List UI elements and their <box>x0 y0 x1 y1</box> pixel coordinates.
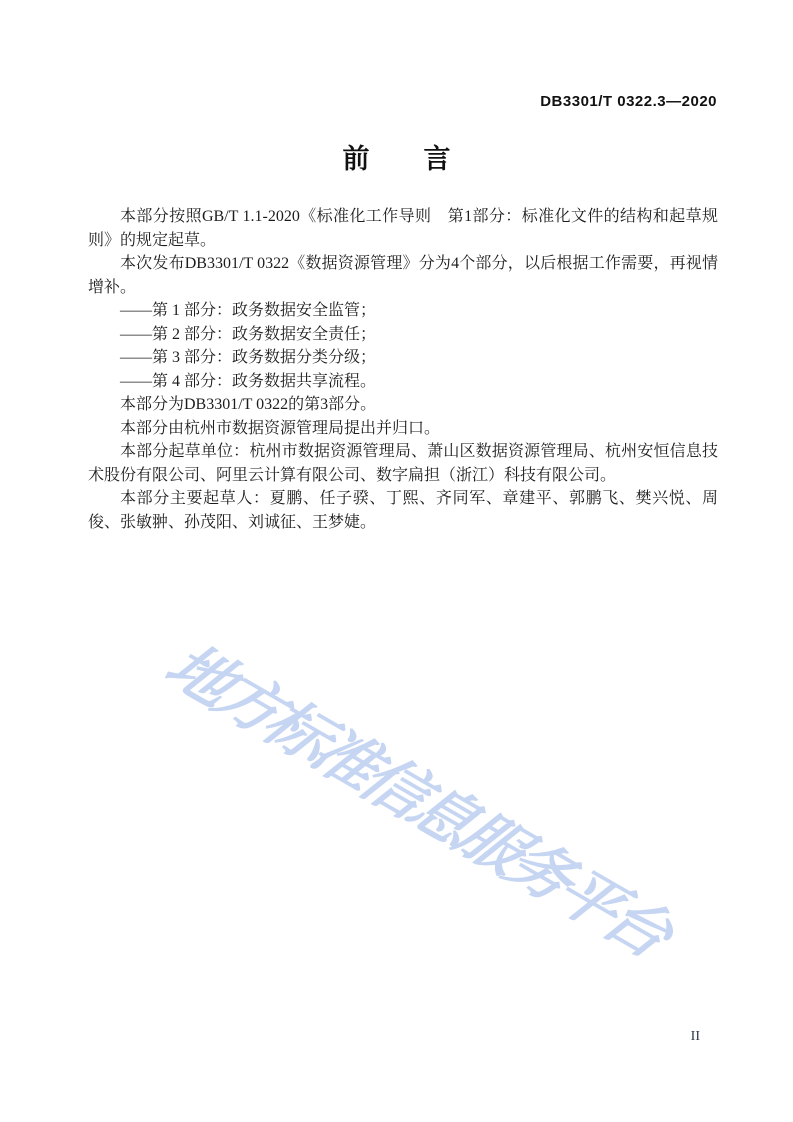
foreword-paragraph-main-drafters: 本部分主要起草人：夏鹏、任子骙、丁熙、齐同军、章建平、郭鹏飞、樊兴悦、周俊、张敏… <box>88 487 718 534</box>
foreword-title: 前 言 <box>0 137 793 176</box>
page-number: II <box>691 1029 700 1045</box>
foreword-paragraph-proposed-by: 本部分由杭州市数据资源管理局提出并归口。 <box>88 417 718 441</box>
part-list-item-1: ——第 1 部分：政务数据安全监管； <box>88 299 718 323</box>
part-list-item-3: ——第 3 部分：政务数据分类分级； <box>88 346 718 370</box>
diagonal-watermark: 地方标准信息服务平台 <box>150 620 690 971</box>
standard-number-header: DB3301/T 0322.3—2020 <box>540 93 717 110</box>
foreword-paragraph-drafting-organizations: 本部分起草单位：杭州市数据资源管理局、萧山区数据资源管理局、杭州安恒信息技术股份… <box>88 440 718 487</box>
foreword-paragraph-drafting-rules: 本部分按照GB/T 1.1-2020《标准化工作导则 第1部分：标准化文件的结构… <box>88 205 718 252</box>
foreword-paragraph-series-intro: 本次发布DB3301/T 0322《数据资源管理》分为4个部分，以后根据工作需要… <box>88 252 718 299</box>
foreword-paragraph-this-part: 本部分为DB3301/T 0322的第3部分。 <box>88 393 718 417</box>
part-list-item-2: ——第 2 部分：政务数据安全责任； <box>88 323 718 347</box>
foreword-body: 本部分按照GB/T 1.1-2020《标准化工作导则 第1部分：标准化文件的结构… <box>88 205 718 534</box>
part-list-item-4: ——第 4 部分：政务数据共享流程。 <box>88 370 718 394</box>
document-page: 地方标准信息服务平台 DB3301/T 0322.3—2020 前 言 本部分按… <box>0 0 793 1122</box>
